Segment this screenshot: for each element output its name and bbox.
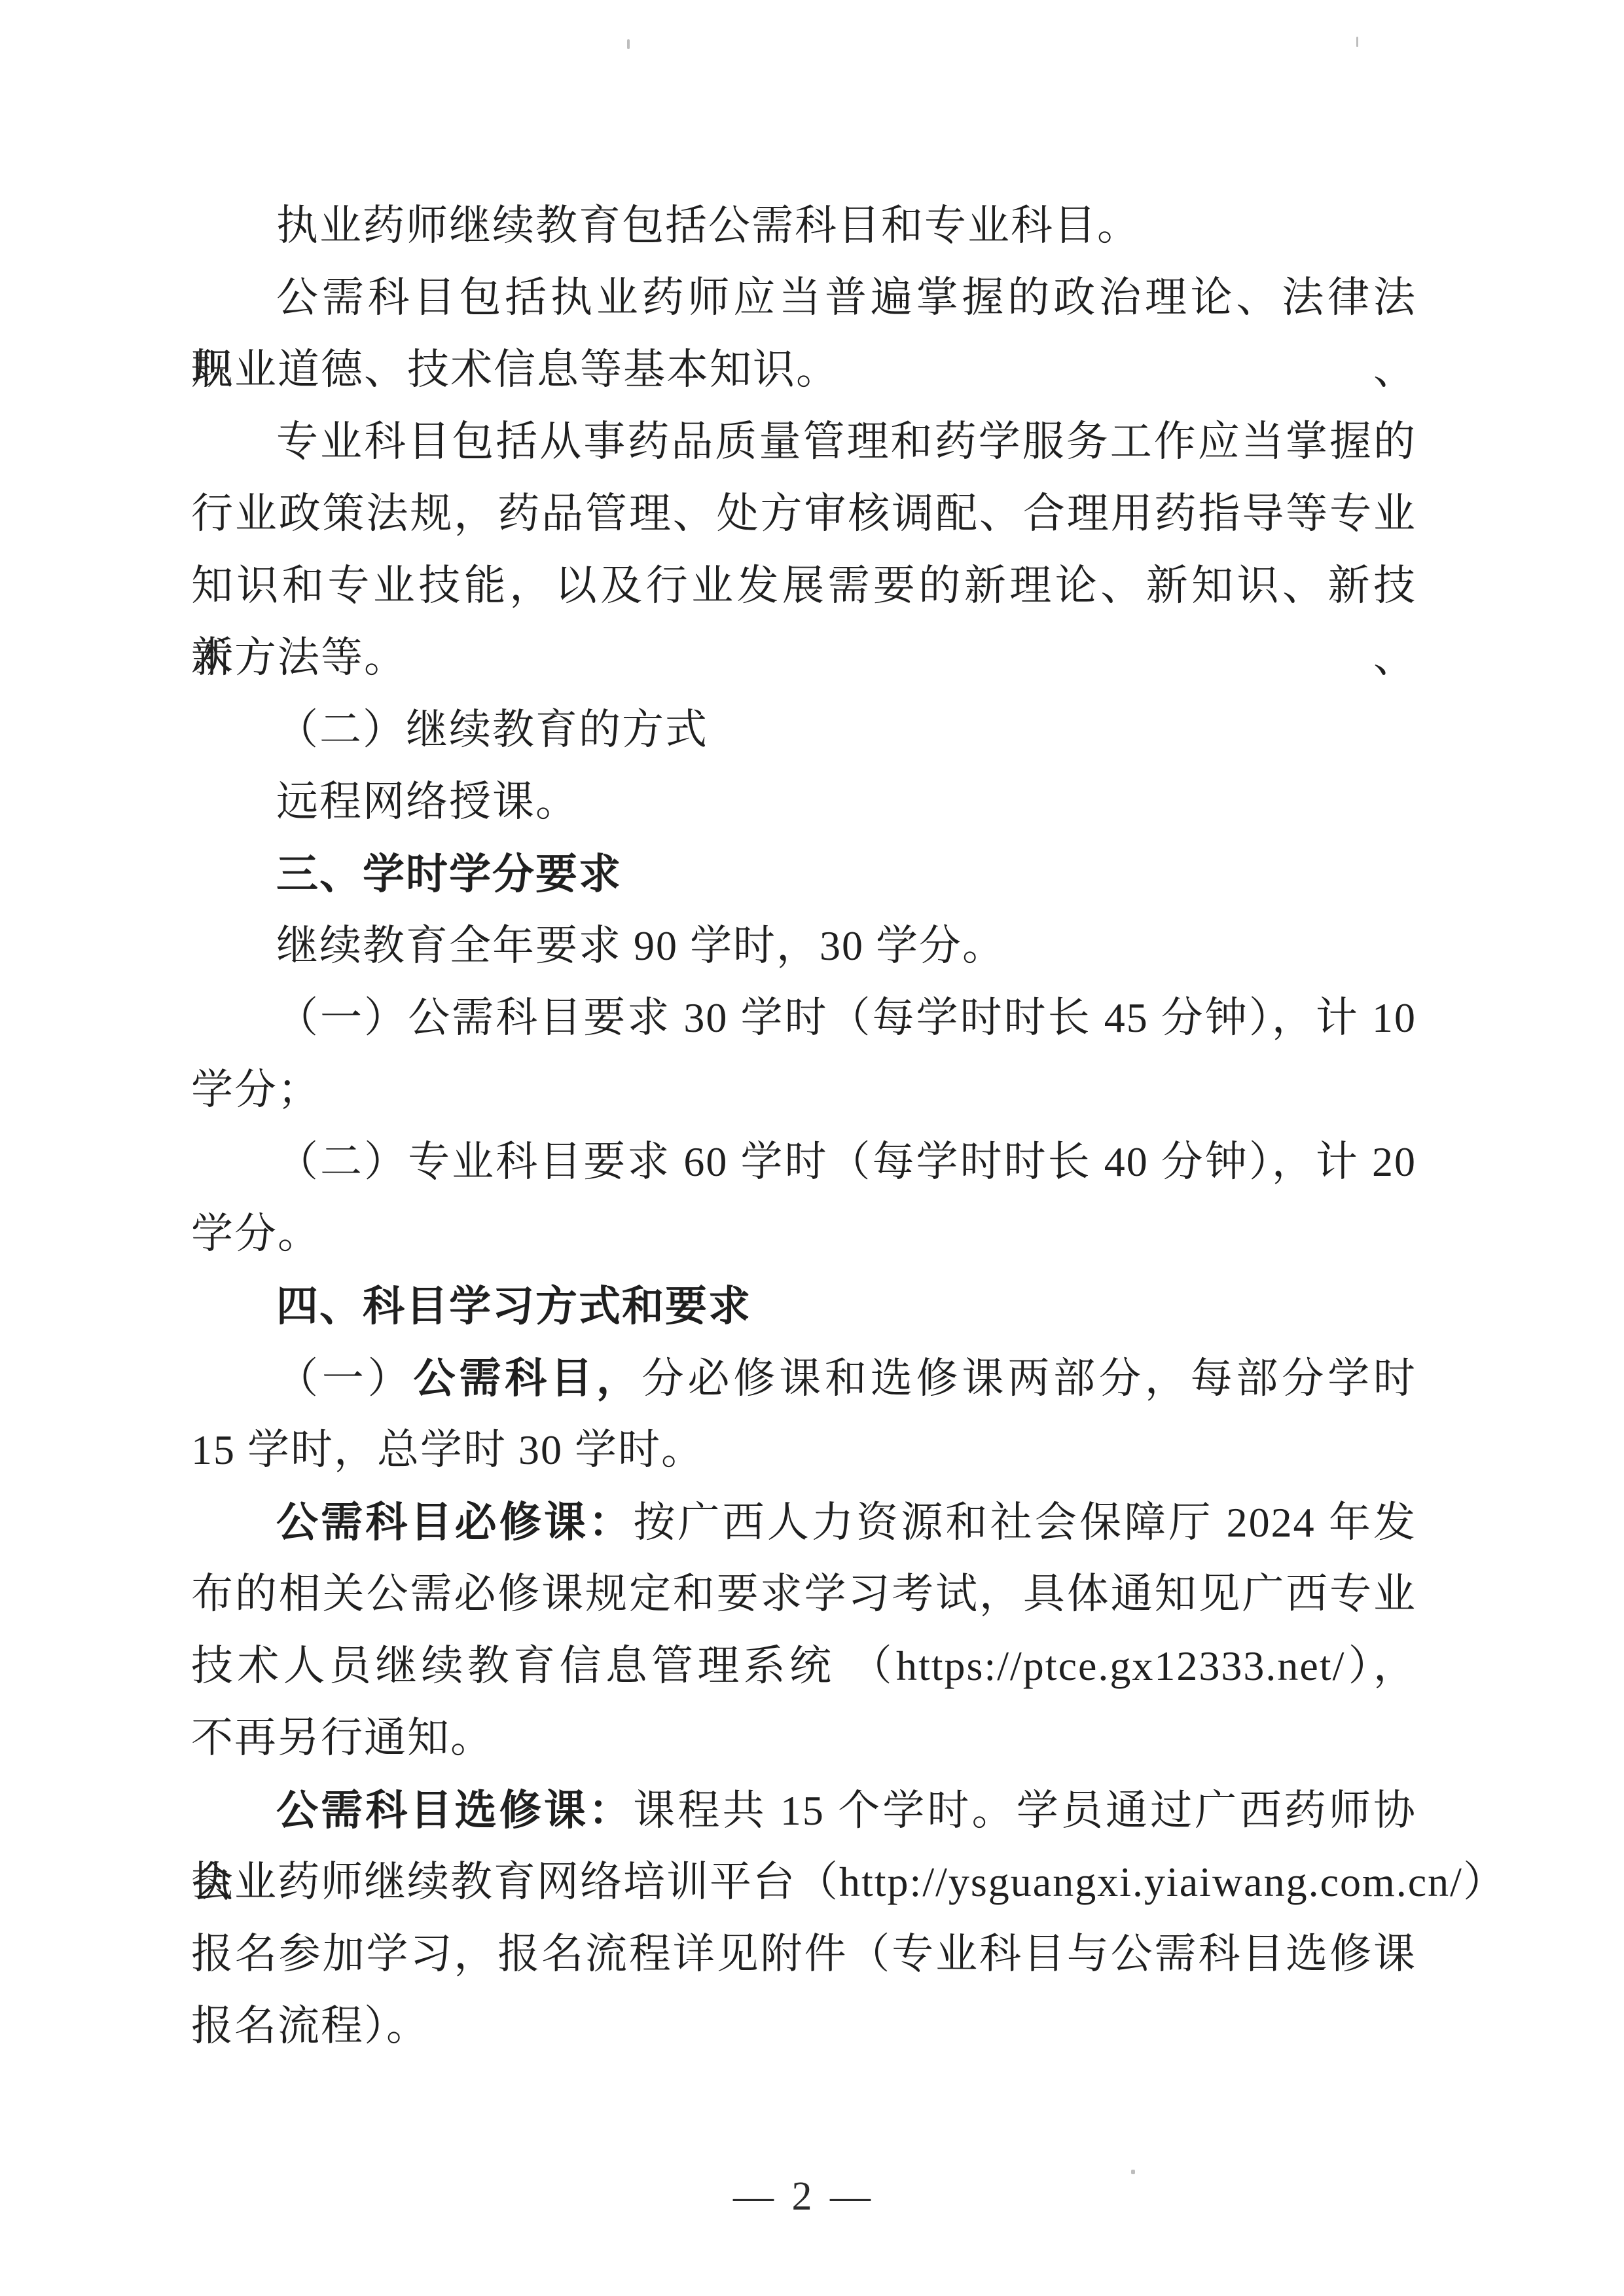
text-run: （一） — [276, 1355, 414, 1402]
text-line: 报名流程）。 — [191, 1990, 1416, 2062]
document-body: 执业药师继续教育包括公需科目和专业科目。公需科目包括执业药师应当普遍掌握的政治理… — [191, 190, 1416, 2062]
text-line: 不再另行通知。 — [191, 1702, 1416, 1774]
text-run: 新方法等。 — [191, 634, 407, 681]
text-run: 执业药师继续教育网络培训平台（http://ysguangxi.yiaiwang… — [191, 1859, 1506, 1905]
bold-text-run: 三、学时学分要求 — [276, 850, 622, 898]
text-run: 行业政策法规，药品管理、处方审核调配、合理用药指导等专业 — [191, 490, 1416, 537]
text-line: 学分。 — [191, 1198, 1416, 1270]
scan-artifact-speck — [627, 39, 630, 49]
text-line: （一）公需科目要求 30 学时（每学时时长 45 分钟），计 10 — [191, 982, 1416, 1054]
text-line: 公需科目选修课：课程共 15 个学时。学员通过广西药师协会 — [191, 1774, 1416, 1846]
text-run: 执业药师继续教育包括公需科目和专业科目。 — [276, 202, 1140, 249]
text-line: 布的相关公需必修课规定和要求学习考试，具体通知见广西专业 — [191, 1558, 1416, 1630]
bold-text-run: 公需科目选修课： — [276, 1787, 633, 1834]
text-run: 分必修课和选修课两部分，每部分学时 — [642, 1355, 1416, 1402]
text-line: 三、学时学分要求 — [191, 838, 1416, 910]
text-line: 公需科目包括执业药师应当普遍掌握的政治理论、法律法规、 — [191, 262, 1416, 334]
text-line: 执业药师继续教育包括公需科目和专业科目。 — [191, 190, 1416, 262]
bold-text-run: 公需科目， — [414, 1355, 642, 1402]
text-run: 布的相关公需必修课规定和要求学习考试，具体通知见广西专业 — [191, 1571, 1416, 1617]
text-line: 报名参加学习，报名流程详见附件（专业科目与公需科目选修课 — [191, 1918, 1416, 1990]
text-line: （二）继续教育的方式 — [191, 694, 1416, 766]
text-line: 知识和专业技能，以及行业发展需要的新理论、新知识、新技术、 — [191, 550, 1416, 622]
text-run: （二）专业科目要求 60 学时（每学时时长 40 分钟），计 20 — [276, 1139, 1416, 1185]
text-run: 技术人员继续教育信息管理系统 （https://ptce.gx12333.net… — [191, 1643, 1416, 1689]
text-run: 报名流程）。 — [191, 2003, 429, 2049]
text-line: 专业科目包括从事药品质量管理和药学服务工作应当掌握的 — [191, 406, 1416, 478]
text-run: 远程网络授课。 — [276, 778, 579, 825]
scan-artifact-speck — [1356, 37, 1358, 47]
text-line: （二）专业科目要求 60 学时（每学时时长 40 分钟），计 20 — [191, 1126, 1416, 1198]
text-run: 专业科目包括从事药品质量管理和药学服务工作应当掌握的 — [276, 418, 1416, 465]
text-line: 远程网络授课。 — [191, 766, 1416, 838]
text-run: 继续教育全年要求 90 学时，30 学分。 — [276, 922, 1005, 969]
text-line: 技术人员继续教育信息管理系统 （https://ptce.gx12333.net… — [191, 1630, 1416, 1702]
text-line: 公需科目必修课：按广西人力资源和社会保障厅 2024 年发 — [191, 1486, 1416, 1558]
text-line: 行业政策法规，药品管理、处方审核调配、合理用药指导等专业 — [191, 478, 1416, 550]
text-run: 按广西人力资源和社会保障厅 2024 年发 — [633, 1499, 1416, 1546]
text-line: 学分； — [191, 1054, 1416, 1126]
text-run: 职业道德、技术信息等基本知识。 — [191, 346, 839, 393]
bold-text-run: 四、科目学习方式和要求 — [276, 1283, 751, 1330]
text-line: 继续教育全年要求 90 学时，30 学分。 — [191, 910, 1416, 982]
text-run: （二）继续教育的方式 — [276, 706, 708, 753]
scanned-document-page: 执业药师继续教育包括公需科目和专业科目。公需科目包括执业药师应当普遍掌握的政治理… — [0, 0, 1624, 2296]
text-line: 四、科目学习方式和要求 — [191, 1270, 1416, 1342]
text-run: 学分； — [191, 1066, 321, 1113]
page-number-footer: — 2 — — [191, 2160, 1416, 2232]
text-run: 15 学时，总学时 30 学时。 — [191, 1427, 704, 1473]
bold-text-run: 公需科目必修课： — [276, 1499, 633, 1546]
text-line: （一）公需科目，分必修课和选修课两部分，每部分学时 — [191, 1342, 1416, 1414]
text-line: 15 学时，总学时 30 学时。 — [191, 1414, 1416, 1486]
text-run: （一）公需科目要求 30 学时（每学时时长 45 分钟），计 10 — [276, 994, 1416, 1041]
text-run: 不再另行通知。 — [191, 1715, 494, 1761]
text-run: 报名参加学习，报名流程详见附件（专业科目与公需科目选修课 — [191, 1931, 1416, 1977]
text-line: 执业药师继续教育网络培训平台（http://ysguangxi.yiaiwang… — [191, 1846, 1416, 1918]
text-run: 学分。 — [191, 1211, 321, 1257]
